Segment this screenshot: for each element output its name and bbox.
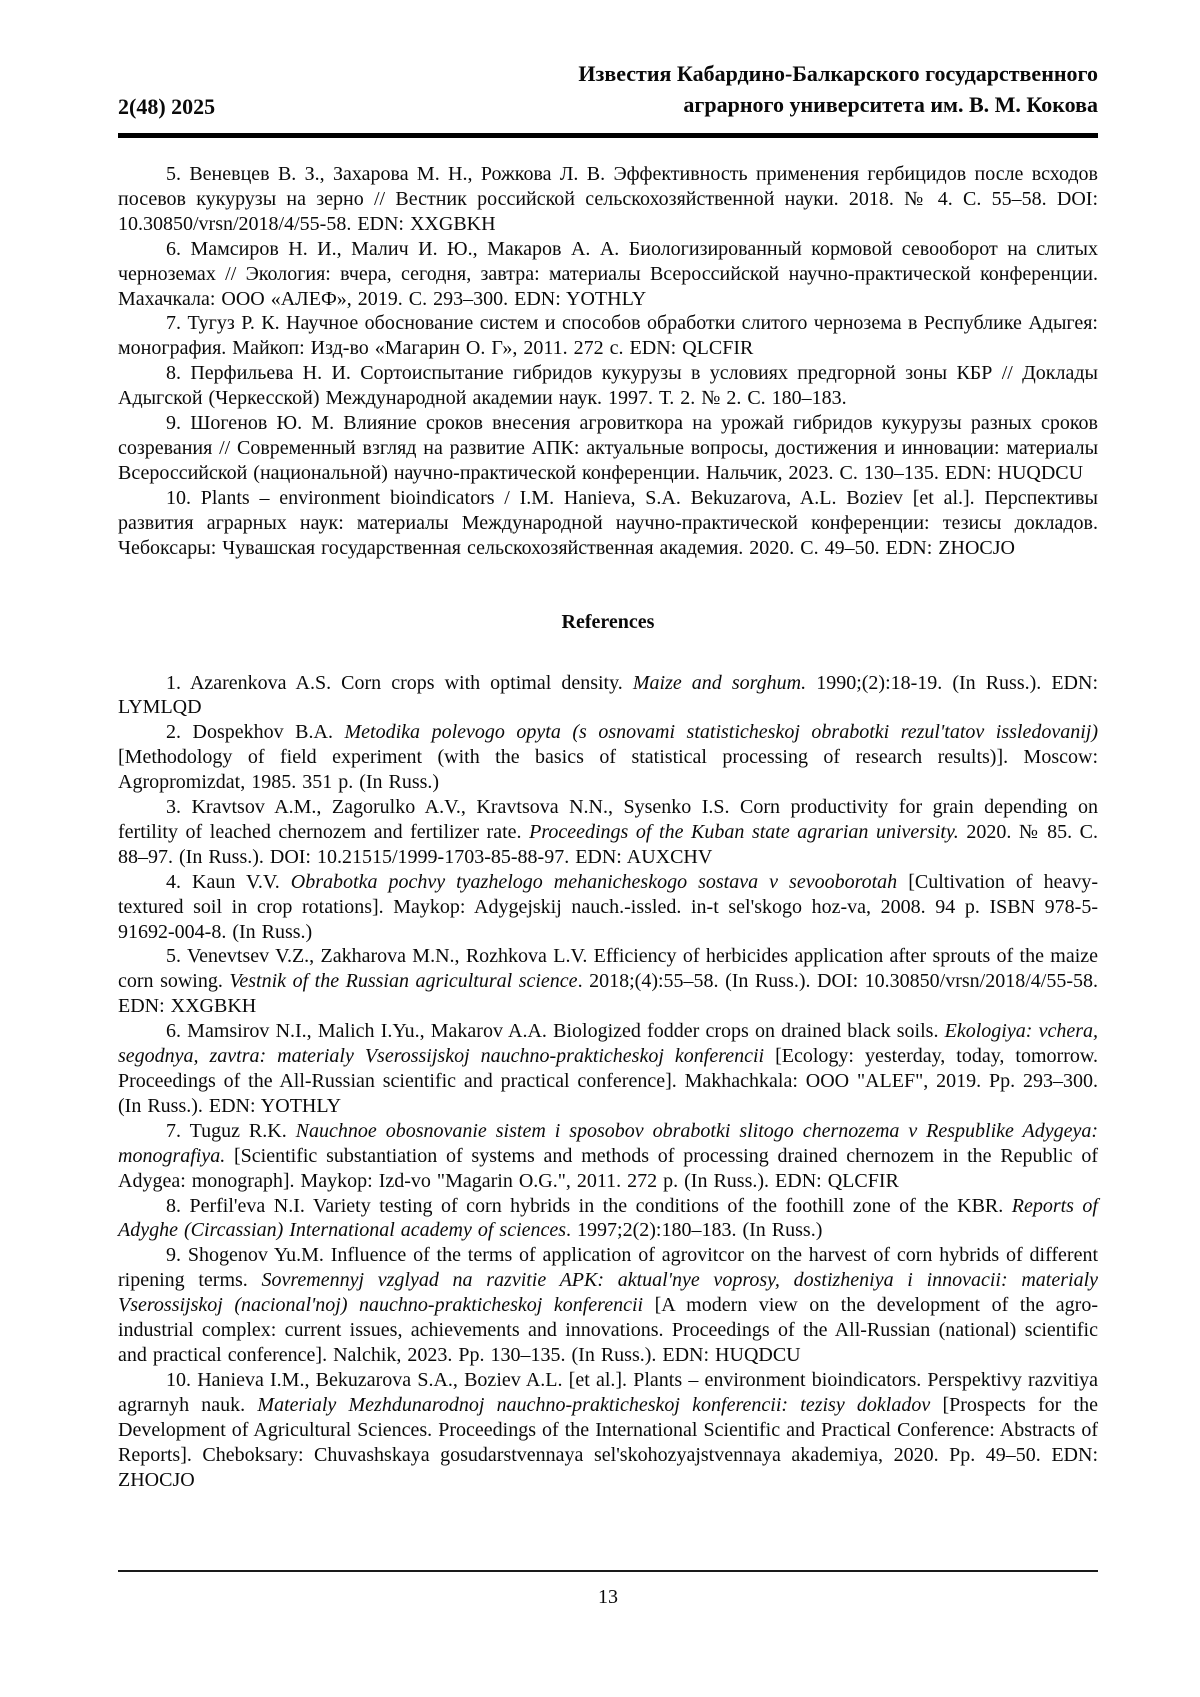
reference-text: [Scientific substantiation of systems an…: [118, 1145, 1098, 1192]
russian-reference-item: 7. Тугуз Р. К. Научное обоснование систе…: [118, 311, 1098, 361]
russian-reference-item: 6. Мамсиров Н. И., Малич И. Ю., Макаров …: [118, 237, 1098, 312]
reference-text: . 1997;2(2):180–183. (In Russ.): [566, 1219, 822, 1241]
page-number: 13: [118, 1586, 1098, 1609]
footer-divider: [118, 1570, 1098, 1572]
russian-reference-item: 5. Веневцев В. З., Захарова М. Н., Рожко…: [118, 162, 1098, 237]
journal-page: 2(48) 2025 Известия Кабардино-Балкарског…: [0, 0, 1200, 1697]
references-heading: References: [118, 610, 1098, 634]
reference-text: 6. Mamsirov N.I., Malich I.Yu., Makarov …: [166, 1020, 945, 1042]
reference-text: 7. Tuguz R.K.: [166, 1120, 296, 1142]
english-reference-item: 6. Mamsirov N.I., Malich I.Yu., Makarov …: [118, 1019, 1098, 1119]
reference-italic-text: Proceedings of the Kuban state agrarian …: [529, 821, 959, 843]
reference-text: 10. Plants – environment bioindicators /…: [118, 487, 1098, 559]
reference-text: 7. Тугуз Р. К. Научное обоснование систе…: [118, 312, 1098, 359]
reference-text: 8. Перфильева Н. И. Сортоиспытание гибри…: [118, 362, 1098, 409]
reference-text: 5. Веневцев В. З., Захарова М. Н., Рожко…: [118, 163, 1098, 235]
reference-italic-text: Vestnik of the Russian agricultural scie…: [229, 970, 577, 992]
reference-text: 1. Azarenkova A.S. Corn crops with optim…: [166, 672, 633, 694]
english-reference-item: 7. Tuguz R.K. Nauchnoe obosnovanie siste…: [118, 1119, 1098, 1194]
reference-section-russian: 5. Веневцев В. З., Захарова М. Н., Рожко…: [118, 162, 1098, 561]
russian-reference-item: 9. Шогенов Ю. М. Влияние сроков внесения…: [118, 411, 1098, 486]
reference-italic-text: Maize and sorghum.: [633, 672, 806, 694]
reference-text: [Methodology of field experiment (with t…: [118, 746, 1098, 793]
reference-section-english: 1. Azarenkova A.S. Corn crops with optim…: [118, 671, 1098, 1493]
english-reference-item: 8. Perfil'eva N.I. Variety testing of co…: [118, 1194, 1098, 1244]
english-reference-item: 5. Venevtsev V.Z., Zakharova M.N., Rozhk…: [118, 944, 1098, 1019]
journal-title-line1: Известия Кабардино-Балкарского государст…: [578, 58, 1098, 89]
english-reference-item: 9. Shogenov Yu.M. Influence of the terms…: [118, 1243, 1098, 1368]
english-reference-item: 2. Dospekhov B.A. Metodika polevogo opyt…: [118, 720, 1098, 795]
page-content: 2(48) 2025 Известия Кабардино-Балкарског…: [118, 0, 1098, 1492]
russian-reference-item: 8. Перфильева Н. И. Сортоиспытание гибри…: [118, 361, 1098, 411]
russian-reference-item: 10. Plants – environment bioindicators /…: [118, 486, 1098, 561]
journal-title-line2: аграрного университета им. В. М. Кокова: [578, 89, 1098, 120]
reference-italic-text: Obrabotka pochvy tyazhelogo mehanichesko…: [291, 871, 897, 893]
reference-text: 8. Perfil'eva N.I. Variety testing of co…: [166, 1195, 1012, 1217]
english-reference-item: 1. Azarenkova A.S. Corn crops with optim…: [118, 671, 1098, 721]
reference-text: 9. Шогенов Ю. М. Влияние сроков внесения…: [118, 412, 1098, 484]
english-reference-item: 10. Hanieva I.M., Bekuzarova S.A., Bozie…: [118, 1368, 1098, 1493]
page-header: 2(48) 2025 Известия Кабардино-Балкарског…: [118, 58, 1098, 120]
reference-italic-text: Metodika polevogo opyta (s osnovami stat…: [345, 721, 1099, 743]
reference-text: 6. Мамсиров Н. И., Малич И. Ю., Макаров …: [118, 238, 1098, 310]
reference-text: 2. Dospekhov B.A.: [166, 721, 345, 743]
reference-text: 4. Kaun V.V.: [166, 871, 291, 893]
english-reference-item: 4. Kaun V.V. Obrabotka pochvy tyazhelogo…: [118, 870, 1098, 945]
english-reference-item: 3. Kravtsov A.M., Zagorulko A.V., Kravts…: [118, 795, 1098, 870]
reference-italic-text: Materialy Mezhdunarodnoj nauchno-praktic…: [257, 1394, 930, 1416]
header-divider: [118, 133, 1098, 138]
journal-title: Известия Кабардино-Балкарского государст…: [578, 58, 1098, 120]
issue-number: 2(48) 2025: [118, 94, 215, 120]
